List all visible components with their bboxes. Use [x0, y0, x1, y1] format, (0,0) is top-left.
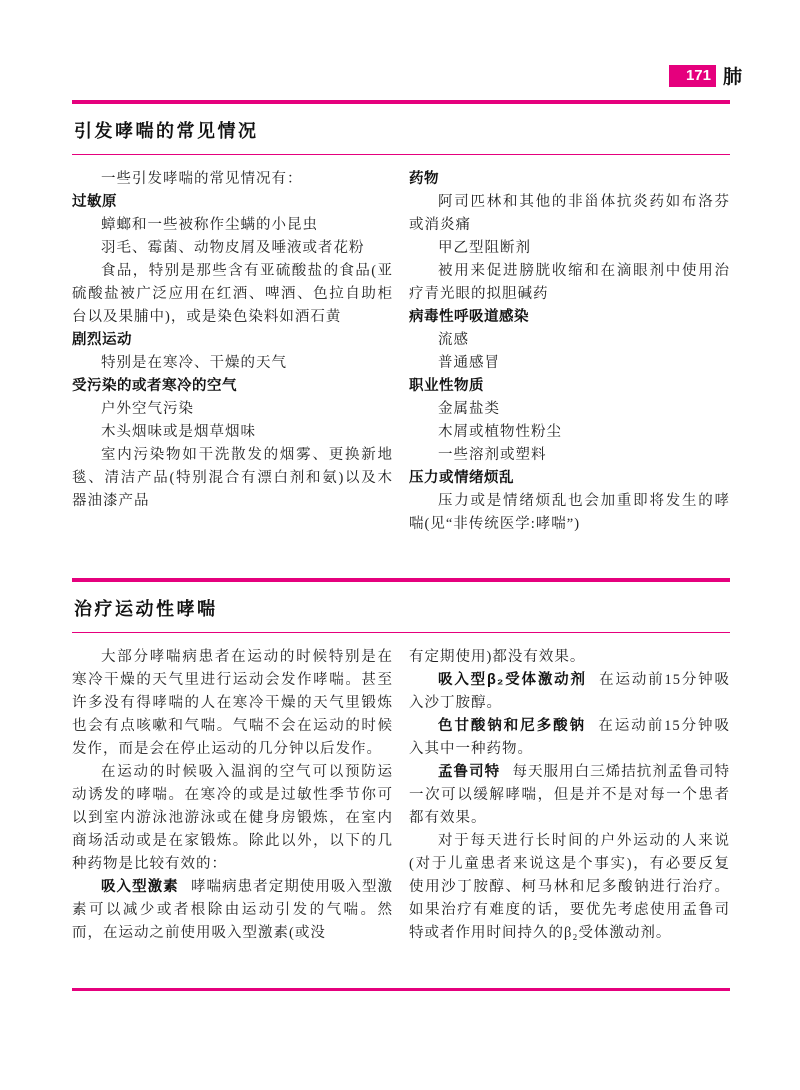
- list-item-feathers: 羽毛、霉菌、动物皮屑及唾液或者花粉: [72, 237, 393, 260]
- section-columns: 一些引发哮喘的常见情况有： 过敏原 蟑螂和一些被称作尘螨的小昆虫 羽毛、霉菌、动…: [72, 155, 730, 536]
- paragraph-inhaled-steroids: 吸入型激素哮喘病患者定期使用吸入型激素可以减少或者根除由运动引发的气喘。然而，在…: [72, 876, 393, 945]
- right-column: 有定期使用)都没有效果。 吸入型β₂受体激动剂在运动前15分钟吸入沙丁胺醇。 色…: [409, 646, 730, 945]
- list-item-common-cold: 普通感冒: [409, 352, 730, 375]
- list-item-outdoor-air: 户外空气污染: [72, 398, 393, 421]
- section-title: 治疗运动性哮喘: [72, 582, 730, 633]
- page-number-badge: 171: [669, 65, 716, 87]
- list-item-flu: 流感: [409, 329, 730, 352]
- drug-term-beta2-agonist: 吸入型β₂受体激动剂: [438, 672, 587, 688]
- chapter-label: 肺: [723, 62, 742, 89]
- paragraph-cromolyn: 色甘酸钠和尼多酸钠在运动前15分钟吸入其中一种药物。: [409, 715, 730, 761]
- left-column: 大部分哮喘病患者在运动的时候特别是在寒冷干燥的天气里进行运动会发作哮喘。甚至许多…: [72, 646, 393, 945]
- paragraph-montelukast: 孟鲁司特每天服用白三烯拮抗剂孟鲁司特一次可以缓解哮喘，但是并不是对每一个患者都有…: [409, 761, 730, 830]
- list-item-cholinergics: 被用来促进膀胱收缩和在滴眼剂中使用治疗青光眼的拟胆碱药: [409, 260, 730, 306]
- intro-line: 一些引发哮喘的常见情况有：: [72, 168, 393, 191]
- paragraph-beta2-agonist: 吸入型β₂受体激动剂在运动前15分钟吸入沙丁胺醇。: [409, 669, 730, 715]
- subheading-drugs: 药物: [409, 168, 730, 191]
- left-column: 一些引发哮喘的常见情况有： 过敏原 蟑螂和一些被称作尘螨的小昆虫 羽毛、霉菌、动…: [72, 168, 393, 536]
- page-bottom-rule: [72, 988, 730, 991]
- drug-term-montelukast: 孟鲁司特: [438, 764, 500, 780]
- page-header: 171 肺: [669, 62, 742, 89]
- section-asthma-triggers: 引发哮喘的常见情况 一些引发哮喘的常见情况有： 过敏原 蟑螂和一些被称作尘螨的小…: [72, 100, 730, 536]
- list-item-cold-weather: 特别是在寒冷、干燥的天气: [72, 352, 393, 375]
- paragraph-overview: 大部分哮喘病患者在运动的时候特别是在寒冷干燥的天气里进行运动会发作哮喘。甚至许多…: [72, 646, 393, 761]
- subheading-polluted-air: 受污染的或者寒冷的空气: [72, 375, 393, 398]
- page-number: 171: [686, 67, 711, 84]
- list-item-wood-dust: 木屑或植物性粉尘: [409, 421, 730, 444]
- list-item-metal-salts: 金属盐类: [409, 398, 730, 421]
- list-item-foods: 食品，特别是那些含有亚硫酸盐的食品(亚硫酸盐被广泛应用在红酒、啤酒、色拉自助柜台…: [72, 260, 393, 329]
- section-title: 引发哮喘的常见情况: [72, 104, 730, 155]
- list-item-cockroach: 蟑螂和一些被称作尘螨的小昆虫: [72, 214, 393, 237]
- paragraph-outdoor-advice: 对于每天进行长时间的户外运动的人来说(对于儿童患者来说这是个事实)，有必要反复使…: [409, 830, 730, 945]
- section-columns: 大部分哮喘病患者在运动的时候特别是在寒冷干燥的天气里进行运动会发作哮喘。甚至许多…: [72, 633, 730, 945]
- subheading-viral-infection: 病毒性呼吸道感染: [409, 306, 730, 329]
- list-item-indoor-pollutants: 室内污染物如干洗散发的烟雾、更换新地毯、清洁产品(特别混合有漂白剂和氨)以及木器…: [72, 444, 393, 513]
- paragraph-prevention: 在运动的时候吸入温润的空气可以预防运动诱发的哮喘。在寒冷的或是过敏性季节你可以到…: [72, 761, 393, 876]
- list-item-stress-detail: 压力或是情绪烦乱也会加重即将发生的哮喘(见“非传统医学:哮喘”): [409, 490, 730, 536]
- subheading-exercise: 剧烈运动: [72, 329, 393, 352]
- paragraph-continuation: 有定期使用)都没有效果。: [409, 646, 730, 669]
- list-item-aspirin: 阿司匹林和其他的非甾体抗炎药如布洛芬或消炎痛: [409, 191, 730, 237]
- right-column: 药物 阿司匹林和其他的非甾体抗炎药如布洛芬或消炎痛 甲乙型阻断剂 被用来促进膀胱…: [409, 168, 730, 536]
- drug-term-inhaled-steroids: 吸入型激素: [101, 879, 179, 895]
- subheading-allergens: 过敏原: [72, 191, 393, 214]
- book-page: 171 肺 引发哮喘的常见情况 一些引发哮喘的常见情况有： 过敏原 蟑螂和一些被…: [0, 0, 800, 1090]
- list-item-solvents: 一些溶剂或塑料: [409, 444, 730, 467]
- subheading-occupational: 职业性物质: [409, 375, 730, 398]
- section-treat-exercise-asthma: 治疗运动性哮喘 大部分哮喘病患者在运动的时候特别是在寒冷干燥的天气里进行运动会发…: [72, 578, 730, 945]
- drug-term-cromolyn: 色甘酸钠和尼多酸钠: [438, 718, 586, 734]
- list-item-smoke: 木头烟味或是烟草烟味: [72, 421, 393, 444]
- subheading-stress: 压力或情绪烦乱: [409, 467, 730, 490]
- list-item-blockers: 甲乙型阻断剂: [409, 237, 730, 260]
